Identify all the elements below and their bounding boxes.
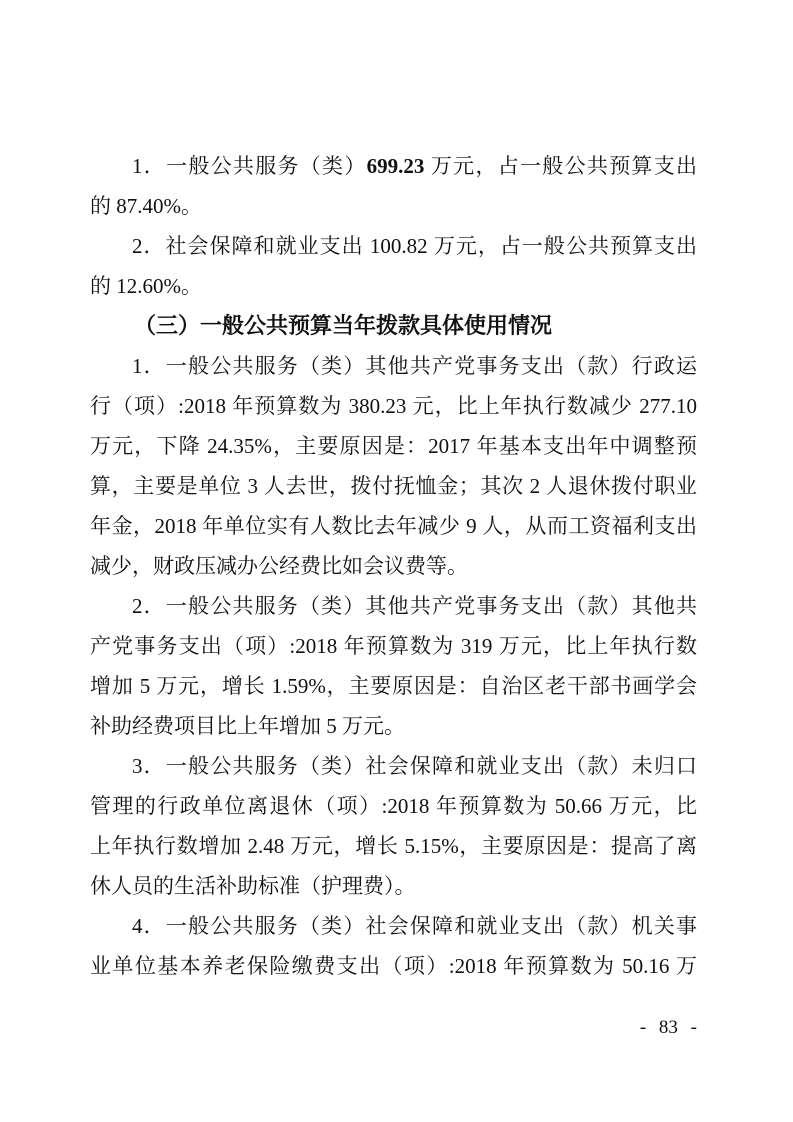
page-number: - 83 - bbox=[640, 1013, 697, 1043]
text-line: 产党事务支出（项）:2018 年预算数为 319 万元，比上年执行数 bbox=[90, 626, 697, 666]
text-line: 休人员的生活补助标准（护理费）。 bbox=[90, 866, 697, 906]
text-line: 1．一般公共服务（类）699.23 万元，占一般公共预算支出 bbox=[90, 146, 697, 186]
bold-amount: 699.23 bbox=[367, 154, 425, 178]
page-content: 1．一般公共服务（类）699.23 万元，占一般公共预算支出 的 87.40%。… bbox=[90, 146, 697, 986]
paragraph-detail-3-retirement: 3．一般公共服务（类）社会保障和就业支出（款）未归口 管理的行政单位离退休（项）… bbox=[90, 746, 697, 906]
paragraph-text: 1．一般公共服务（类） bbox=[132, 154, 367, 178]
text-line: 的 87.40%。 bbox=[90, 186, 697, 226]
text-line: 补助经费项目比上年增加 5 万元。 bbox=[90, 706, 697, 746]
text-line: 年金，2018 年单位实有人数比去年减少 9 人，从而工资福利支出 bbox=[90, 506, 697, 546]
text-line: 上年执行数增加 2.48 万元，增长 5.15%，主要原因是：提高了离 bbox=[90, 826, 697, 866]
text-line: 管理的行政单位离退休（项）:2018 年预算数为 50.66 万元，比 bbox=[90, 786, 697, 826]
text-line: 2．社会保障和就业支出 100.82 万元，占一般公共预算支出 bbox=[90, 226, 697, 266]
text-line: 的 12.60%。 bbox=[90, 266, 697, 306]
text-line: 算，主要是单位 3 人去世，拨付抚恤金；其次 2 人退休拨付职业 bbox=[90, 466, 697, 506]
paragraph-general-public-service-total: 1．一般公共服务（类）699.23 万元，占一般公共预算支出 的 87.40%。 bbox=[90, 146, 697, 226]
section-heading: （三）一般公共预算当年拨款具体使用情况 bbox=[90, 306, 697, 346]
text-line: 3．一般公共服务（类）社会保障和就业支出（款）未归口 bbox=[90, 746, 697, 786]
paragraph-detail-4-pension-contribution: 4．一般公共服务（类）社会保障和就业支出（款）机关事 业单位基本养老保险缴费支出… bbox=[90, 906, 697, 986]
paragraph-detail-2-other-party-affairs: 2．一般公共服务（类）其他共产党事务支出（款）其他共 产党事务支出（项）:201… bbox=[90, 586, 697, 746]
text-line: 1．一般公共服务（类）其他共产党事务支出（款）行政运 bbox=[90, 346, 697, 386]
text-line: 2．一般公共服务（类）其他共产党事务支出（款）其他共 bbox=[90, 586, 697, 626]
text-line: 减少，财政压减办公经费比如会议费等。 bbox=[90, 546, 697, 586]
text-line: 行（项）:2018 年预算数为 380.23 元，比上年执行数减少 277.10 bbox=[90, 386, 697, 426]
text-line: 业单位基本养老保险缴费支出（项）:2018 年预算数为 50.16 万 bbox=[90, 946, 697, 986]
paragraph-text: 万元，占一般公共预算支出 bbox=[424, 154, 697, 178]
text-line: 增加 5 万元，增长 1.59%，主要原因是：自治区老干部书画学会 bbox=[90, 666, 697, 706]
paragraph-social-security-total: 2．社会保障和就业支出 100.82 万元，占一般公共预算支出 的 12.60%… bbox=[90, 226, 697, 306]
document-page: 1．一般公共服务（类）699.23 万元，占一般公共预算支出 的 87.40%。… bbox=[0, 0, 793, 1122]
text-line: 4．一般公共服务（类）社会保障和就业支出（款）机关事 bbox=[90, 906, 697, 946]
text-line: 万元，下降 24.35%，主要原因是：2017 年基本支出年中调整预 bbox=[90, 426, 697, 466]
paragraph-detail-1-administrative-operation: 1．一般公共服务（类）其他共产党事务支出（款）行政运 行（项）:2018 年预算… bbox=[90, 346, 697, 586]
